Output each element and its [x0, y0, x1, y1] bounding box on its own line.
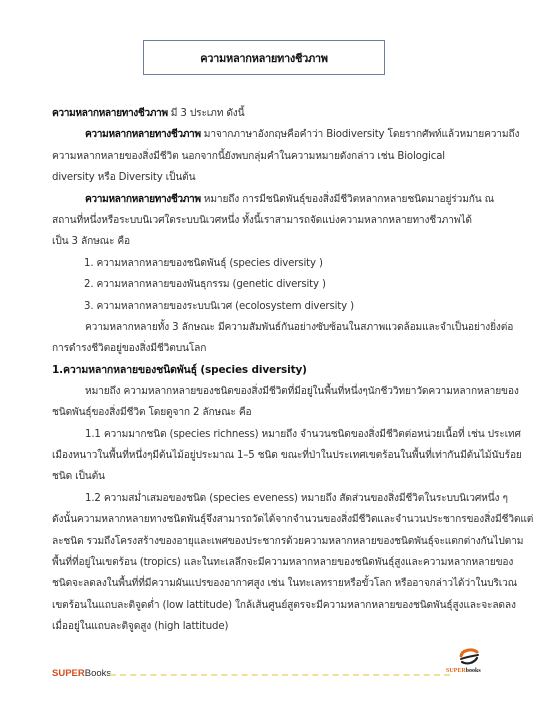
section-heading: 1.ความหลากหลายของชนิดพันธุ์ (species div…: [52, 363, 307, 377]
section-line: เมืองหนาวในพื้นที่หนึ่งๆมีต้นไม้อยู่ประม…: [52, 449, 522, 463]
p2-line-2: สถานที่หนึ่งหรือระบบนิเวศใดระบบนิเวศหนึ่…: [52, 214, 472, 228]
title-box: ความหลากหลายทางชีวภาพ: [143, 40, 385, 75]
intro-bold-term: ความหลากหลายทางชีวภาพ: [52, 108, 168, 119]
p2-line-1: ความหลากหลายทางชีวภาพ หมายถึง การมีชนิดพ…: [85, 193, 494, 207]
superbooks-logo: SUPERbooks: [446, 648, 496, 680]
list-item: 2. ความหลากหลายของพันธุกรรม (genetic div…: [84, 278, 326, 292]
section-line: ชนิด เป็นต้น: [52, 470, 105, 484]
intro-text: มี 3 ประเภท ดังนี้: [168, 108, 245, 119]
logo-wordmark: SUPERbooks: [446, 668, 481, 674]
footer-dashed-rule: [110, 674, 450, 676]
p2-bold-term: ความหลากหลายทางชีวภาพ: [85, 194, 201, 205]
page-title: ความหลากหลายทางชีวภาพ: [200, 49, 328, 67]
section-line: 1.1 ความมากชนิด (species richness) หมายถ…: [85, 428, 521, 442]
footer-brand-books: Books: [85, 668, 111, 679]
summary-line-1: ความหลากหลายทั้ง 3 ลักษณะ มีความสัมพันธ์…: [85, 321, 513, 335]
list-item: 1. ความหลากหลายของชนิดพันธุ์ (species di…: [84, 257, 323, 271]
logo-super: SUPER: [446, 668, 466, 674]
section-line: เขตร้อนในแถบละติจูดต่ำ (low lattitude) ใ…: [52, 599, 516, 613]
section-line: พื้นที่ที่อยู่ในเขตร้อน (tropics) และในท…: [52, 556, 513, 570]
logo-books: books: [466, 668, 481, 674]
summary-line-2: การดำรงชีวิตอยู่ของสิ่งมีชีวิตบนโลก: [52, 342, 206, 356]
p1-line-1: ความหลากหลายทางชีวภาพ มาจากภาษาอังกฤษคือ…: [85, 128, 519, 142]
list-item: 3. ความหลากหลายของระบบนิเวศ (ecolosystem…: [84, 300, 354, 314]
section-line: ดังนั้นความหลากหลายทางชนิดพันธุ์จึงสามาร…: [52, 513, 533, 527]
p1-line-2: ความหลากหลายของสิ่งมีชีวิต นอกจากนี้ยังพ…: [52, 150, 445, 164]
p1-line-3: diversity หรือ Diversity เป็นต้น: [52, 171, 195, 185]
section-line: เมื่ออยู่ในแถบละติจูดสูง (high lattitude…: [52, 620, 228, 634]
section-line: ละชนิด รวมถึงโครงสร้างของอายุและเพศของปร…: [52, 535, 523, 549]
intro-line: ความหลากหลายทางชีวภาพ มี 3 ประเภท ดังนี้: [52, 107, 244, 121]
footer-brand: SUPERBooks: [52, 668, 111, 679]
section-line: ชนิดพันธุ์ของสิ่งมีชีวิต โดยดูจาก 2 ลักษ…: [52, 406, 251, 420]
swoosh-logo-icon: [458, 648, 480, 666]
section-line: หมายถึง ความหลากหลายของชนิดของสิ่งมีชีวิ…: [85, 385, 519, 399]
p1-text-1: มาจากภาษาอังกฤษคือคำว่า Biodiversity โดย…: [201, 129, 520, 140]
section-line: ชนิดจะลดลงในพื้นที่ที่มีความผันแปรของอาก…: [52, 577, 517, 591]
p2-text-1: หมายถึง การมีชนิดพันธุ์ของสิ่งมีชีวิตหลา…: [201, 194, 494, 205]
p1-bold-term: ความหลากหลายทางชีวภาพ: [85, 129, 201, 140]
p2-line-3: เป็น 3 ลักษณะ คือ: [52, 235, 130, 249]
document-page: ความหลากหลายทางชีวภาพ ความหลากหลายทางชีว…: [0, 0, 536, 705]
section-line: 1.2 ความสม่ำเสมอของชนิด (species eveness…: [85, 492, 508, 506]
footer-brand-super: SUPER: [52, 668, 85, 679]
